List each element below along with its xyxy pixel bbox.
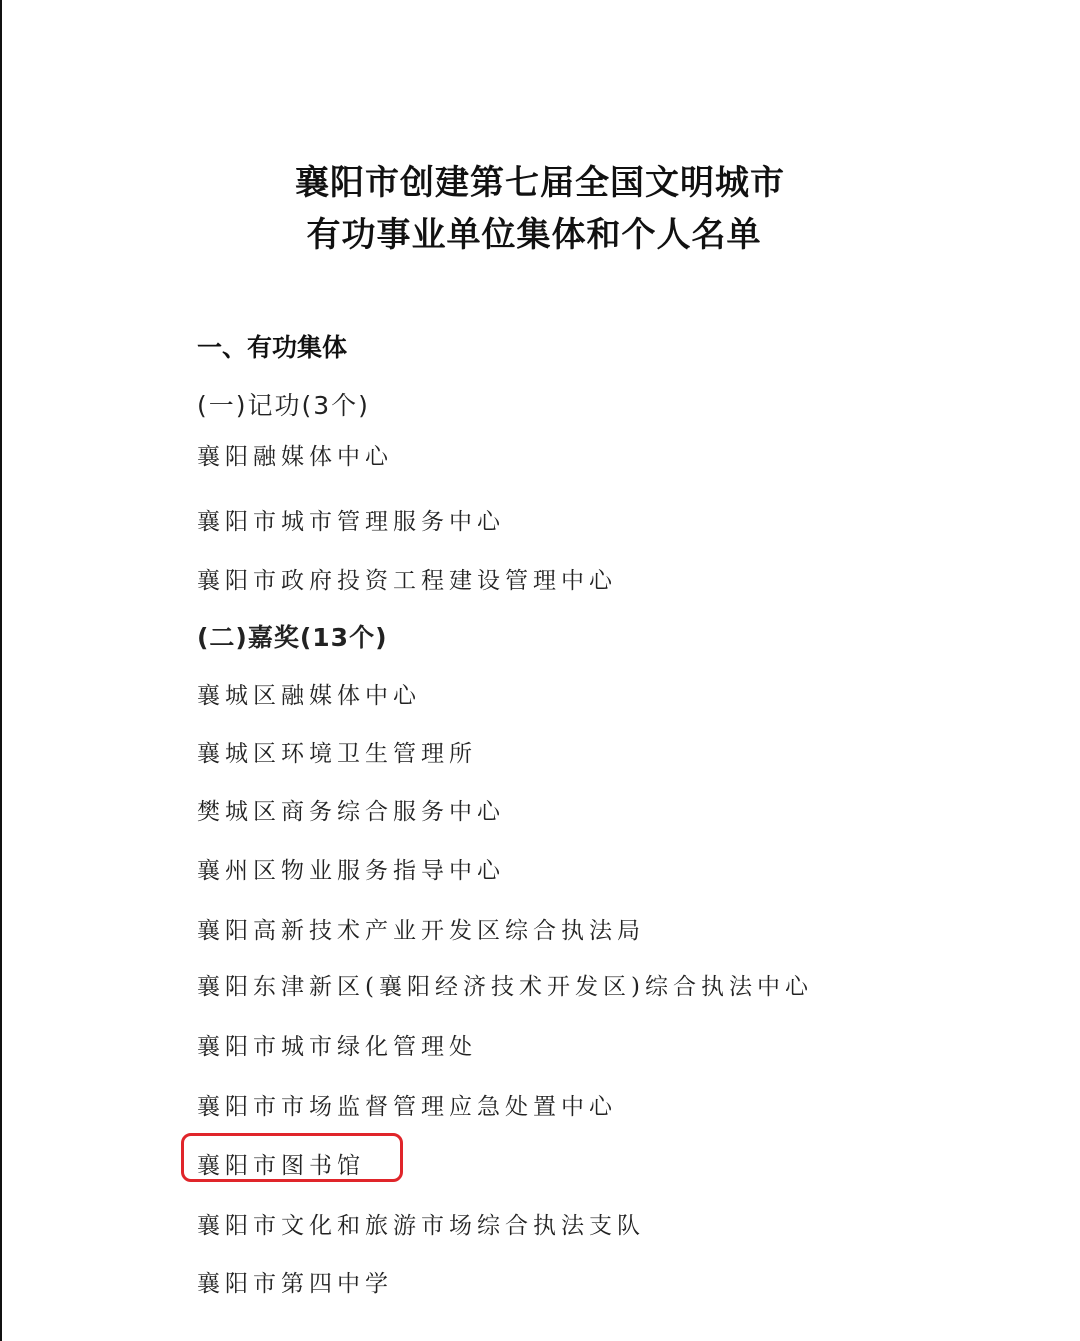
highlighted-list-item: 襄阳市图书馆 — [197, 1147, 365, 1180]
list-item: 樊城区商务综合服务中心 — [197, 793, 505, 826]
list-item: 襄阳东津新区(襄阳经济技术开发区)综合执法中心 — [197, 968, 813, 1001]
list-item: 襄阳高新技术产业开发区综合执法局 — [197, 912, 645, 945]
list-item: 襄城区环境卫生管理所 — [197, 735, 477, 768]
list-item: 襄阳市政府投资工程建设管理中心 — [197, 562, 617, 595]
list-item: 襄州区物业服务指导中心 — [197, 852, 505, 885]
list-item: 襄城区融媒体中心 — [197, 677, 421, 710]
document-title-line-1: 襄阳市创建第七届全国文明城市 — [0, 155, 1080, 204]
list-item: 襄阳融媒体中心 — [197, 438, 393, 471]
document-title-line-2: 有功事业单位集体和个人名单 — [0, 207, 1074, 256]
subheading-merit: (一)记功(3个) — [197, 386, 370, 422]
list-item: 襄阳市城市绿化管理处 — [197, 1028, 477, 1061]
list-item: 襄阳市第四中学 — [197, 1265, 393, 1298]
list-item: 襄阳市文化和旅游市场综合执法支队 — [197, 1207, 645, 1240]
list-item: 襄阳市城市管理服务中心 — [197, 503, 505, 536]
section-heading-collectives: 一、有功集体 — [197, 328, 347, 364]
subheading-commendation: (二)嘉奖(13个) — [197, 618, 388, 654]
list-item: 襄阳市市场监督管理应急处置中心 — [197, 1088, 617, 1121]
